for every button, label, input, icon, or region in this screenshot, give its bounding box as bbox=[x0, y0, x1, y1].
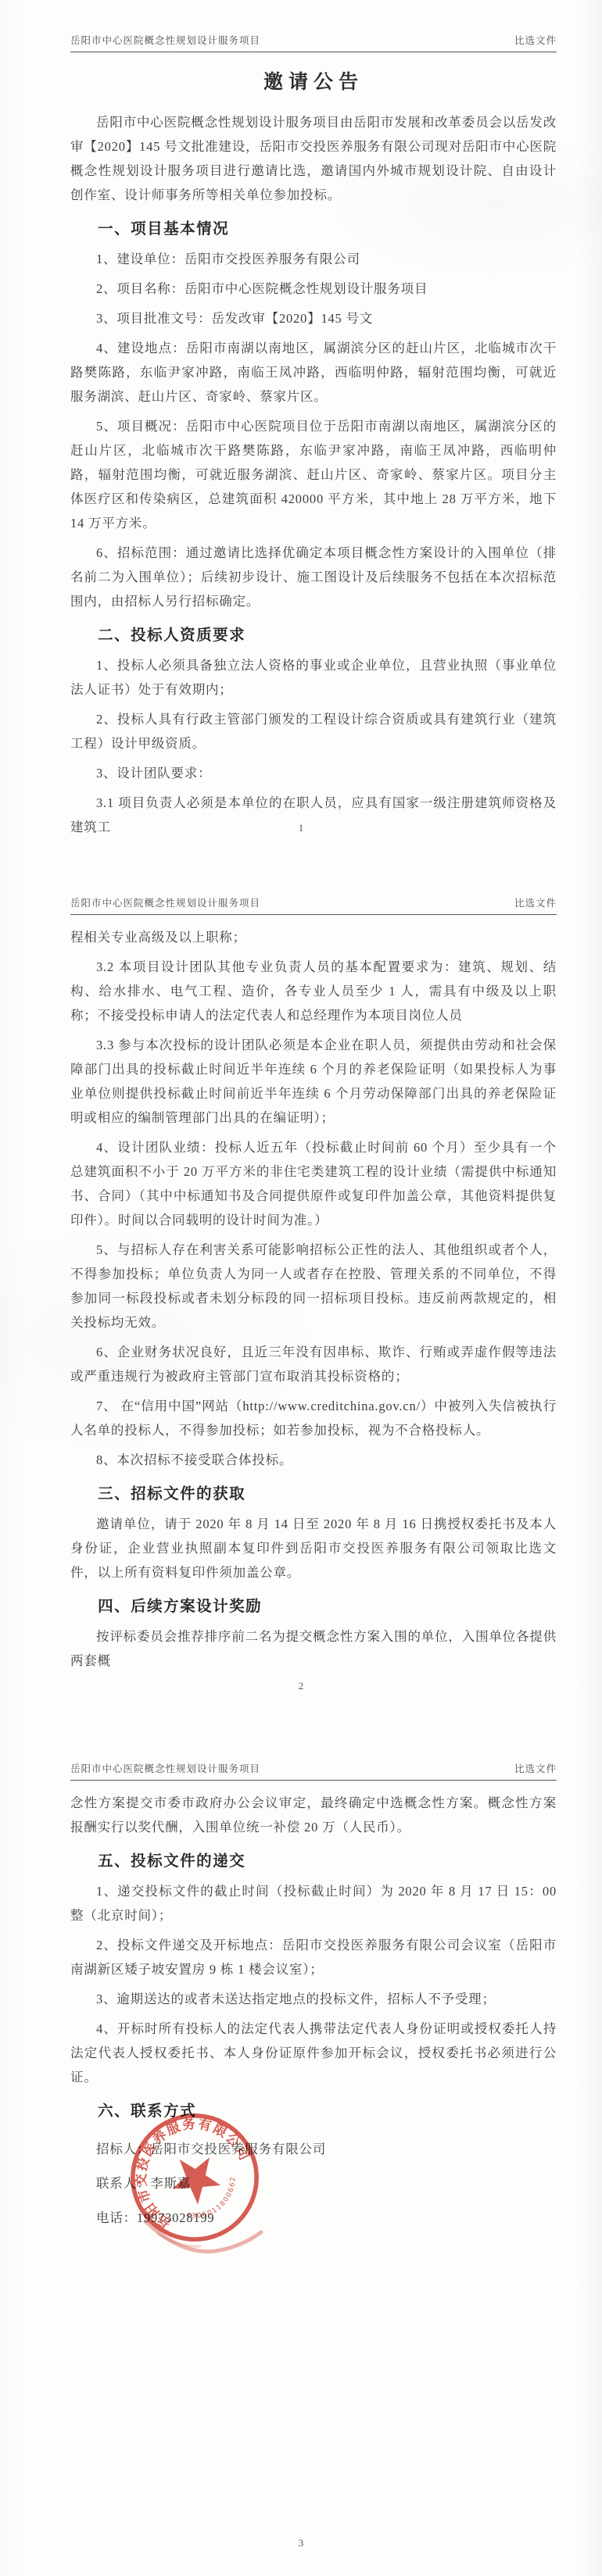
section-heading-2: 二、投标人资质要求 bbox=[70, 625, 557, 647]
header-project-title: 岳阳市中心医院概念性规划设计服务项目 bbox=[70, 1763, 260, 1776]
page-number: 3 bbox=[0, 2537, 602, 2549]
paragraph: 按评标委员会推荐排序前二名为提交概念性方案入围的单位，入围单位各提供两套概 bbox=[70, 1624, 557, 1673]
announcement-title: 邀请公告 bbox=[70, 66, 557, 95]
paragraph: 4、建设地点：岳阳市南湖以南地区，属湖滨分区的赶山片区，北临城市次干路樊陈路，东… bbox=[70, 336, 557, 409]
section-heading-5: 五、投标文件的递交 bbox=[70, 1851, 557, 1873]
header-project-title: 岳阳市中心医院概念性规划设计服务项目 bbox=[70, 897, 260, 910]
paragraph: 3、设计团队要求： bbox=[70, 761, 557, 785]
paragraph: 2、项目名称：岳阳市中心医院概念性规划设计服务项目 bbox=[70, 277, 557, 301]
page-number: 2 bbox=[0, 1680, 602, 1692]
page-number: 1 bbox=[0, 822, 602, 834]
scanned-document: 岳阳市中心医院概念性规划设计服务项目 比选文件 邀请公告 岳阳市中心医院概念性规… bbox=[0, 0, 602, 2576]
paragraph: 5、项目概况：岳阳市中心医院项目位于岳阳市南湖以南地区，属湖滨分区的赶山片区，北… bbox=[70, 414, 557, 535]
contact-person-line: 联系人：李斯嘉 bbox=[70, 2171, 557, 2195]
header-rule bbox=[70, 914, 557, 915]
paragraph: 1、投标人必须具备独立法人资格的事业或企业单位，且营业执照（事业单位法人证书）处… bbox=[70, 653, 557, 702]
tenderee-line: 招标人：岳阳市交投医养服务有限公司 bbox=[70, 2137, 557, 2161]
paragraph: 3.2 本项目设计团队其他专业负责人员的基本配置要求为：建筑、规划、结构、给水排… bbox=[70, 955, 557, 1027]
paragraph-continuation: 念性方案提交市委市政府办公会议审定，最终确定中选概念性方案。概念性方案报酬实行以… bbox=[70, 1791, 557, 1839]
phone-line: 电话：19973028199 bbox=[70, 2206, 557, 2230]
page-2: 岳阳市中心医院概念性规划设计服务项目 比选文件 程相关专业高级及以上职称； 3.… bbox=[0, 888, 602, 1755]
header-doc-type: 比选文件 bbox=[514, 897, 557, 910]
header-rule bbox=[70, 52, 557, 52]
paragraph: 2、投标人具有行政主管部门颁发的工程设计综合资质或具有建筑行业（建筑工程）设计甲… bbox=[70, 707, 557, 756]
paragraph: 8、本次招标不接受联合体投标。 bbox=[70, 1448, 557, 1472]
section-heading-6: 六、联系方式 bbox=[70, 2101, 557, 2123]
paragraph: 邀请单位，请于 2020 年 8 月 14 日至 2020 年 8 月 16 日… bbox=[70, 1512, 557, 1585]
paragraph: 4、设计团队业绩：投标人近五年（投标截止时间前 60 个月）至少具有一个总建筑面… bbox=[70, 1135, 557, 1232]
paragraph: 1、建设单位：岳阳市交投医养服务有限公司 bbox=[70, 247, 557, 271]
paragraph: 3、项目批准文号：岳发改审【2020】145 号文 bbox=[70, 306, 557, 330]
paragraph: 3.3 参与本次投标的设计团队必须是本企业在职人员，须提供由劳动和社会保障部门出… bbox=[70, 1033, 557, 1130]
page-header: 岳阳市中心医院概念性规划设计服务项目 比选文件 bbox=[70, 34, 557, 48]
section-heading-4: 四、后续方案设计奖励 bbox=[70, 1596, 557, 1618]
page-header: 岳阳市中心医院概念性规划设计服务项目 比选文件 bbox=[70, 897, 557, 910]
paragraph-continuation: 程相关专业高级及以上职称； bbox=[70, 925, 557, 949]
page-header: 岳阳市中心医院概念性规划设计服务项目 比选文件 bbox=[70, 1763, 557, 1776]
paragraph: 3、逾期送达的或者未送达指定地点的投标文件，招标人不予受理； bbox=[70, 1987, 557, 2011]
paragraph: 6、企业财务状况良好，且近三年没有因串标、欺诈、行贿或弄虚作假等违法或严重违规行… bbox=[70, 1340, 557, 1388]
header-doc-type: 比选文件 bbox=[514, 1763, 557, 1776]
header-project-title: 岳阳市中心医院概念性规划设计服务项目 bbox=[70, 34, 260, 48]
page-3: 岳阳市中心医院概念性规划设计服务项目 比选文件 念性方案提交市委市政府办公会议审… bbox=[0, 1755, 602, 2576]
intro-paragraph: 岳阳市中心医院概念性规划设计服务项目由岳阳市发展和改革委员会以岳发改审【2020… bbox=[70, 110, 557, 207]
paragraph: 6、招标范围：通过邀请比选择优确定本项目概念性方案设计的入围单位（排名前二为入围… bbox=[70, 541, 557, 613]
section-heading-1: 一、项目基本情况 bbox=[70, 219, 557, 241]
paragraph: 2、投标文件递交及开标地点：岳阳市交投医养服务有限公司会议室（岳阳市南湖新区矮子… bbox=[70, 1933, 557, 1981]
header-doc-type: 比选文件 bbox=[514, 34, 557, 48]
paragraph: 4、开标时所有投标人的法定代表人携带法定代表人身份证明或授权委托人持法定代表人授… bbox=[70, 2017, 557, 2089]
paragraph: 5、与招标人存在利害关系可能影响招标公正性的法人、其他组织或者个人，不得参加投标… bbox=[70, 1238, 557, 1334]
header-rule bbox=[70, 1780, 557, 1781]
section-heading-3: 三、招标文件的获取 bbox=[70, 1484, 557, 1506]
paragraph: 7、 在“信用中国”网站（http://www.creditchina.gov.… bbox=[70, 1394, 557, 1442]
page-1: 岳阳市中心医院概念性规划设计服务项目 比选文件 邀请公告 岳阳市中心医院概念性规… bbox=[0, 0, 602, 888]
paragraph: 1、递交投标文件的截止时间（投标截止时间）为 2020 年 8 月 17 日 1… bbox=[70, 1879, 557, 1928]
